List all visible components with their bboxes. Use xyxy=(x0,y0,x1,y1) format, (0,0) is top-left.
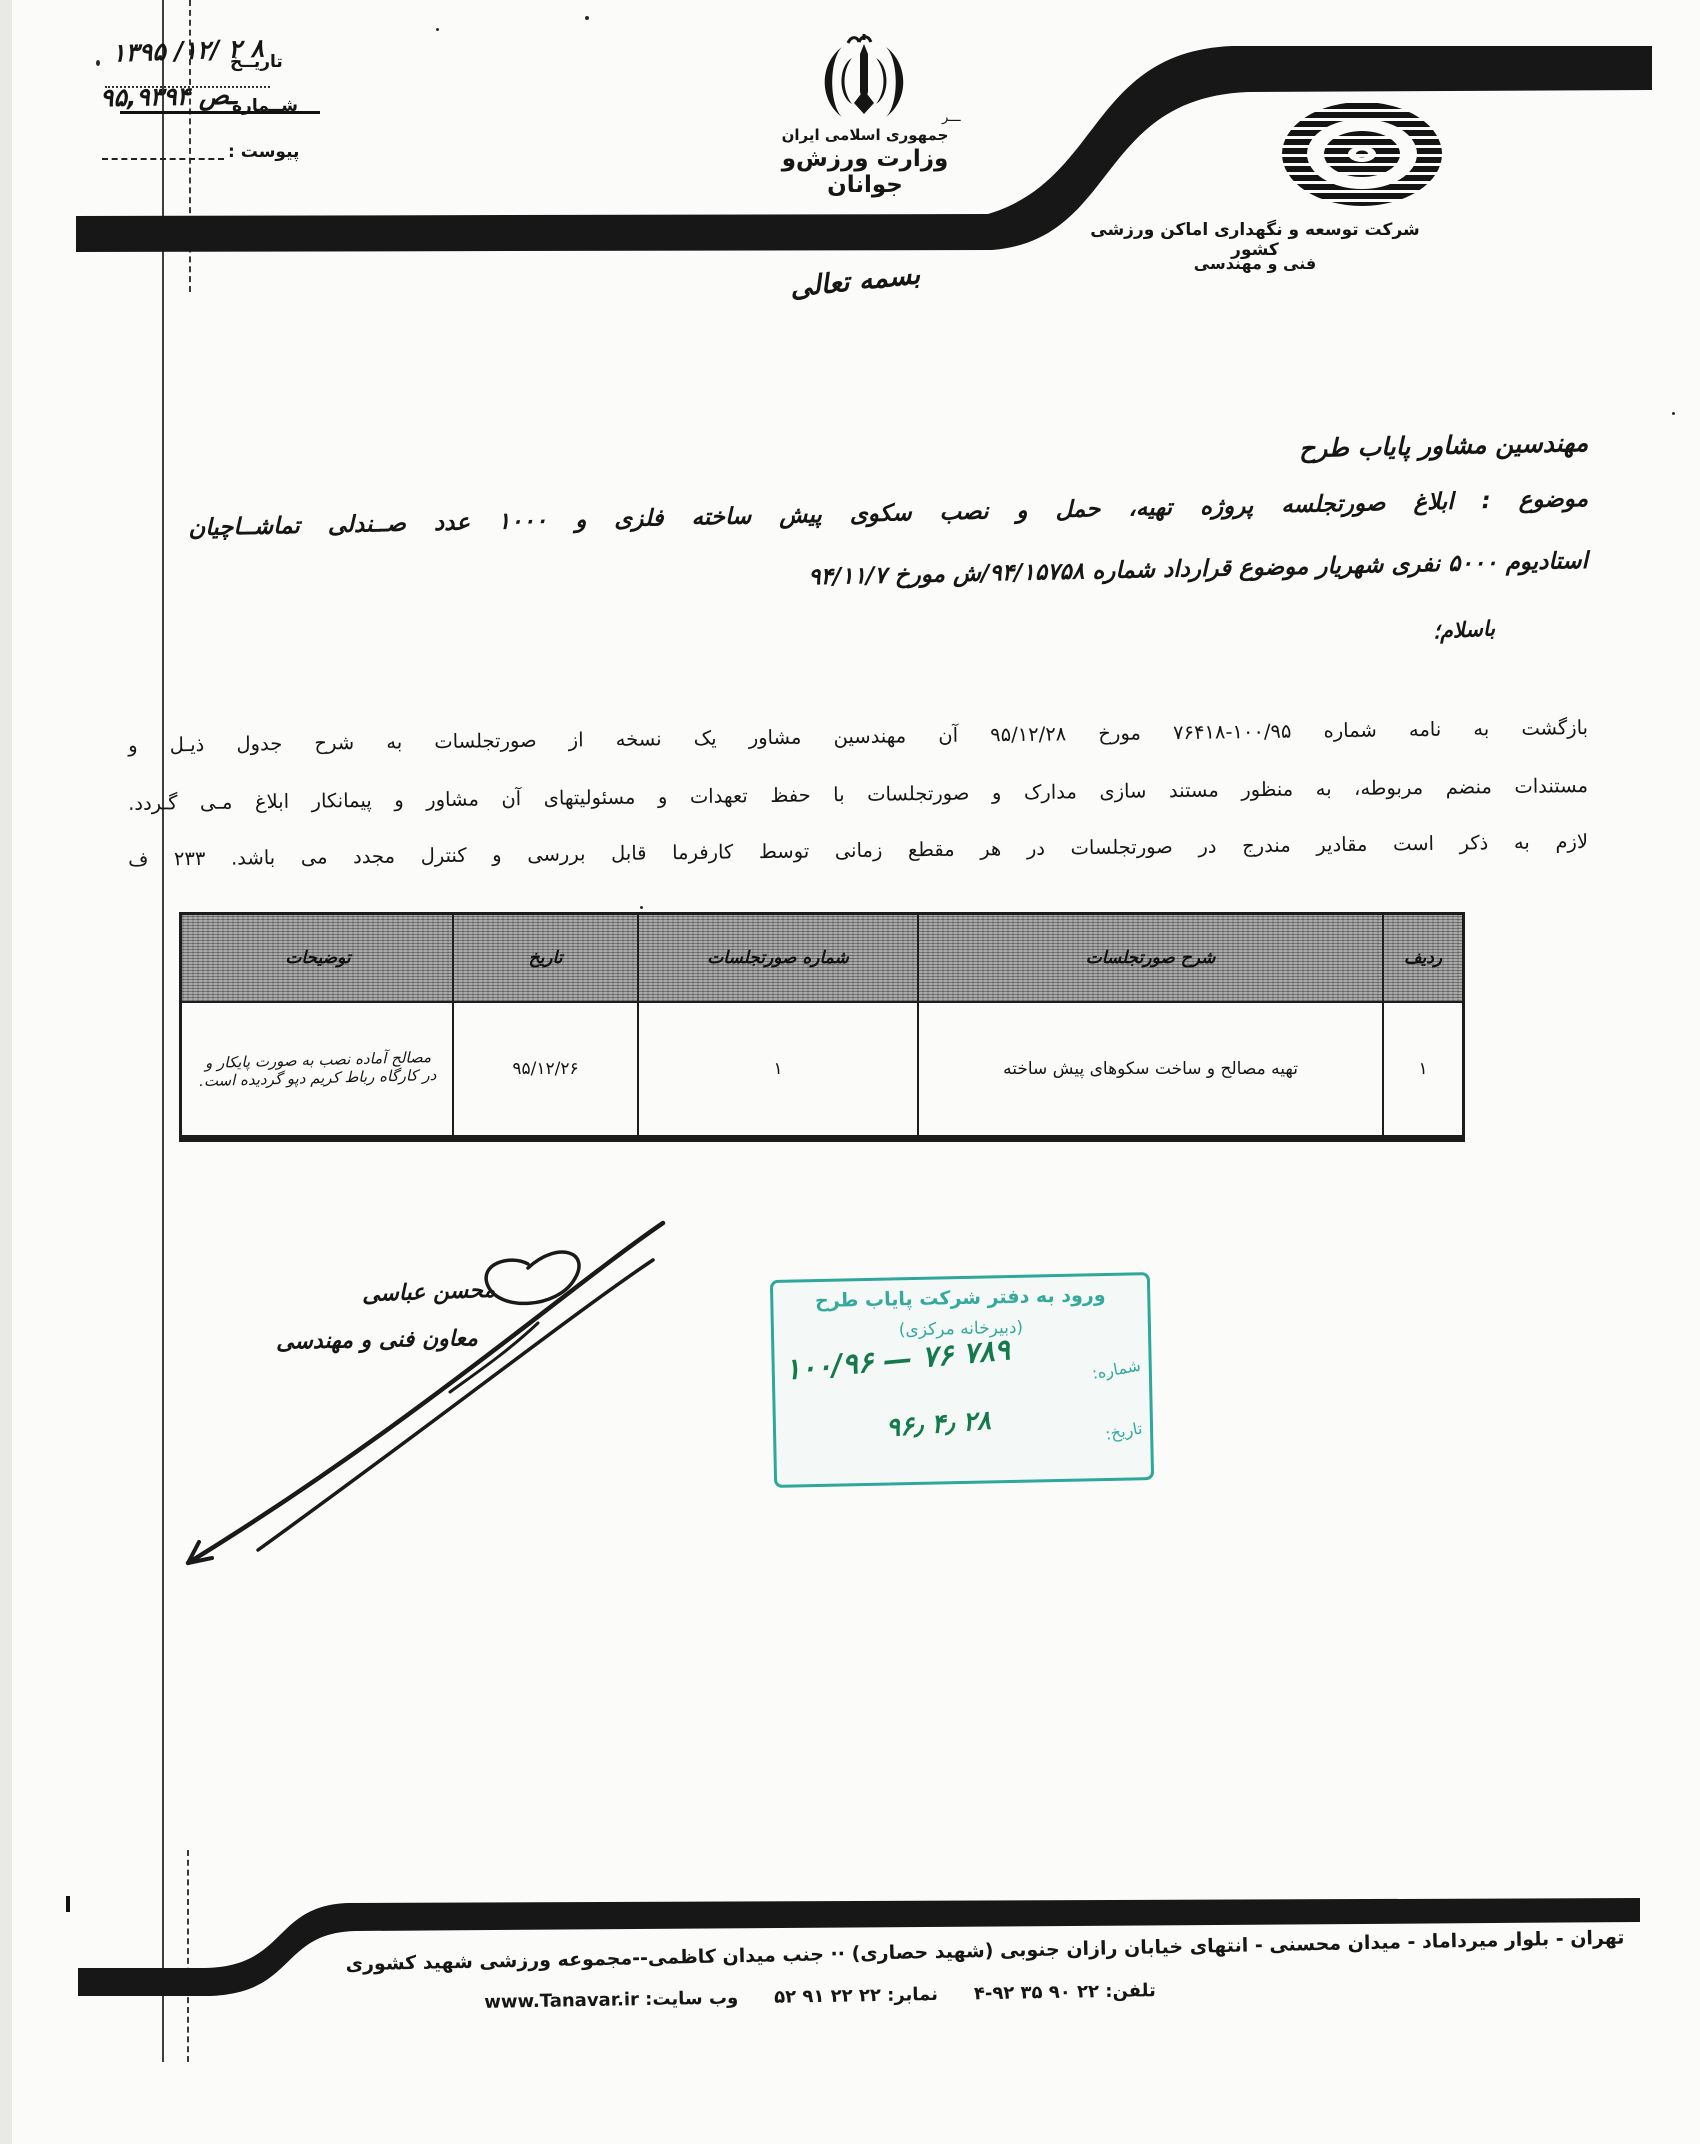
website-label: وب سایت: xyxy=(645,1987,738,2010)
scan-artifact-mark: ـــر xyxy=(942,110,961,125)
fax-label: نمابر: xyxy=(887,1984,938,2006)
minutes-number-cell: ۱ xyxy=(637,1003,917,1135)
header-cell-remarks: توضیحات xyxy=(184,915,452,1001)
handwritten-signature-icon xyxy=(108,1168,708,1628)
website-value: www.Tanavar.ir xyxy=(484,1989,639,2013)
attachment-blank-dashes xyxy=(102,158,224,160)
ministry-name-text: وزارت ورزش‌و جوانان xyxy=(740,146,990,198)
company-division-text: فنی و مهندسی xyxy=(1090,254,1420,273)
minutes-table: ردیف شرح صورتجلسات شماره صورتجلسات تاریخ… xyxy=(179,912,1465,1142)
body-paragraph-line-2: مستندات منضم مربوطه، به منظور مستند سازی… xyxy=(128,774,1588,815)
header-cell-description: شرح صورتجلسات xyxy=(917,915,1382,1001)
stamp-date-handwritten-value: ۹۶٫ ۴٫ ۲۸ xyxy=(885,1406,992,1444)
stamp-title-text: ورود به دفتر شرکت پایاب طرح xyxy=(773,1283,1147,1313)
header-cell-row-number: ردیف xyxy=(1382,915,1462,1001)
remarks-cell: مصالح آماده نصب به صورت پایکار و در کارگ… xyxy=(184,1003,452,1135)
scan-edge-shadow xyxy=(0,0,12,2144)
subject-line-1: موضوع : ابلاغ صورتجلسه پروژه تهیه، حمل و… xyxy=(188,486,1588,541)
subject-line-2: استادیوم ۵۰۰۰ نفری شهریار موضوع قرارداد … xyxy=(808,548,1588,590)
footer-phone: تلفن: ۴-۹۲ ۳۵ ۹۰ ۲۲ xyxy=(974,1980,1156,2004)
phone-value: ۴-۹۲ ۳۵ ۹۰ ۲۲ xyxy=(974,1981,1100,2004)
iran-emblem-icon xyxy=(802,34,926,132)
description-cell: تهیه مصالح و ساخت سکوهای پیش ساخته xyxy=(917,1003,1382,1135)
footer-tick-mark xyxy=(66,1896,70,1912)
footer-website: وب سایت: www.Tanavar.ir xyxy=(484,1987,738,2012)
header-cell-date: تاریخ xyxy=(452,915,637,1001)
table-header-row: ردیف شرح صورتجلسات شماره صورتجلسات تاریخ… xyxy=(182,915,1462,1001)
date-cell: ۹۵/۱۲/۲۶ xyxy=(452,1003,637,1135)
salutation-text: باسلام؛ xyxy=(1432,616,1495,643)
header-cell-minutes-number: شماره صورتجلسات xyxy=(637,915,917,1001)
number-strike-line xyxy=(120,111,320,114)
footer-fax: نمابر: ۵۲ ۹۱ ۲۲ ۲۲ xyxy=(774,1984,938,2008)
scan-speck xyxy=(640,906,643,909)
company-logo-icon xyxy=(1278,98,1446,210)
recipient-line: مهندسین مشاور پایاب طرح xyxy=(1299,428,1589,463)
entry-stamp: ورود به دفتر شرکت پایاب طرح (دبیرخانه مر… xyxy=(770,1272,1154,1488)
row-number-cell: ۱ xyxy=(1382,1003,1462,1135)
attachment-field-label: پیوست : xyxy=(228,142,299,162)
scanned-letter-page: تاریــخ ۱۳۹۵ /۱۲/ ۲ ۸ شــماره ـص ۹۵,۹۳۹۴… xyxy=(0,0,1700,2144)
date-field-handwritten-value: ۱۳۹۵ /۱۲/ ۲ ۸ xyxy=(112,33,265,67)
number-field-handwritten-value: ـص ۹۵,۹۳۹۴ xyxy=(100,81,237,112)
table-row: ۱ تهیه مصالح و ساخت سکوهای پیش ساخته ۱ ۹… xyxy=(182,1001,1462,1135)
republic-of-iran-text: جمهوری اسلامی ایران xyxy=(760,126,970,144)
stamp-date-label: تاریخ: xyxy=(1103,1418,1143,1443)
scan-speck xyxy=(1672,412,1675,415)
body-paragraph-line-1: بازگشت به نامه شماره ۱۰۰/۹۵-۷۶۴۱۸ مورخ ۹… xyxy=(128,716,1588,757)
fax-value: ۵۲ ۹۱ ۲۲ ۲۲ xyxy=(774,1985,881,2008)
stamp-number-label: شماره: xyxy=(1090,1356,1142,1383)
phone-label: تلفن: xyxy=(1105,1980,1156,2002)
body-paragraph-line-3: لازم به ذکر است مقادیر مندرج در صورتجلسا… xyxy=(128,830,1588,871)
fold-line-vertical xyxy=(162,0,164,2062)
